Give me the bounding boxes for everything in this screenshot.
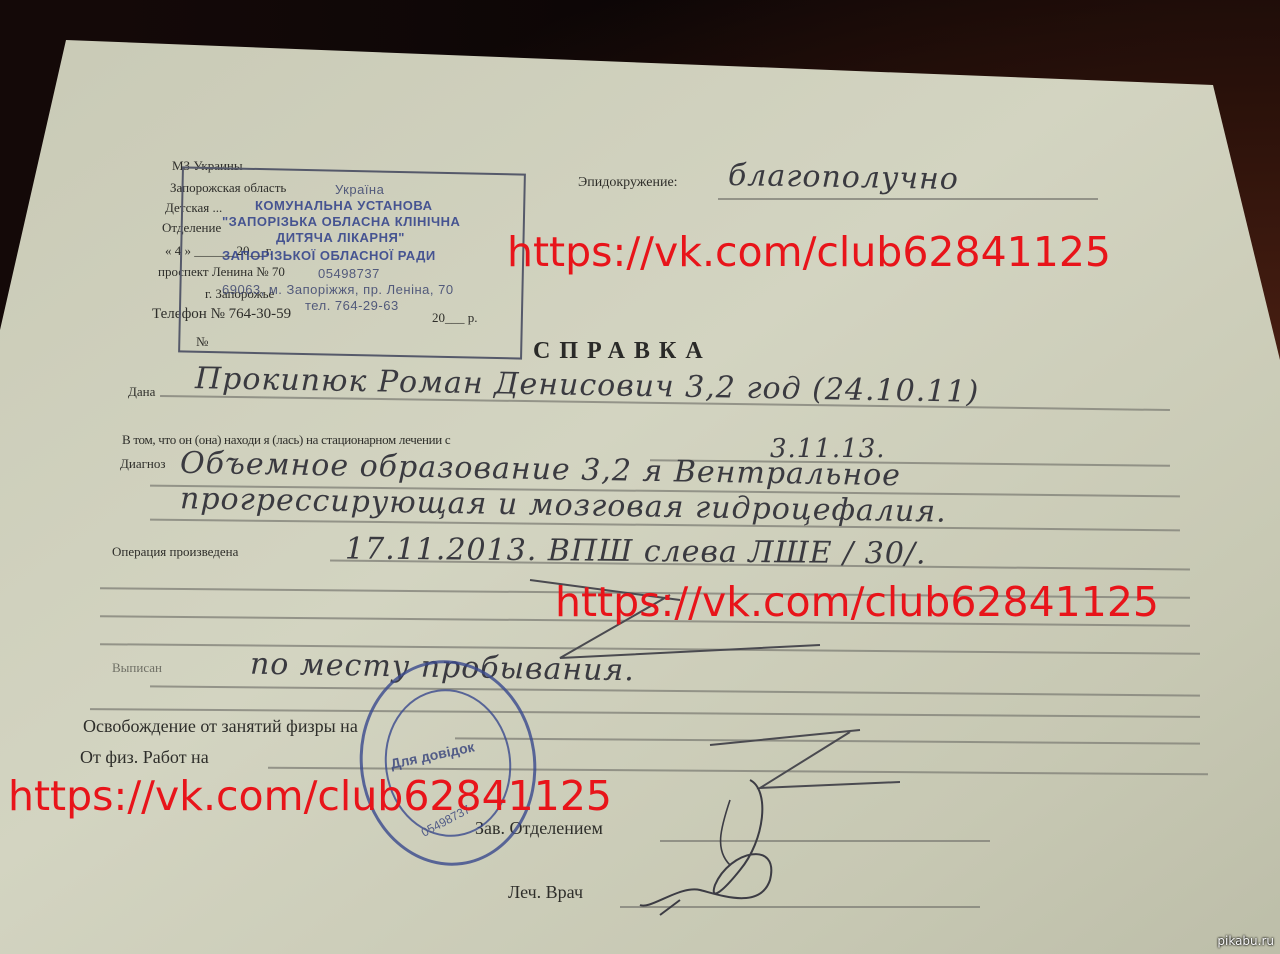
stamp-country: Україна	[335, 182, 384, 197]
pikabu-credit: pikabu.ru	[1217, 934, 1274, 948]
stamp-code: 05498737	[318, 266, 380, 281]
doctor-label: Леч. Врач	[508, 882, 583, 903]
given-label: Дана	[128, 384, 155, 400]
stamp-address: 69063, м. Запоріжжя, пр. Леніна, 70	[222, 282, 454, 297]
document-title: СПРАВКА	[533, 338, 712, 365]
stamp-line-council: ЗАПОРІЗЬКОЇ ОБЛАСНОЇ РАДИ	[222, 248, 436, 263]
stamp-phone: тел. 764-29-63	[305, 298, 399, 313]
exempt-label: Освобождение от занятий физры на	[83, 716, 358, 737]
stamp-line-hospital: ДИТЯЧА ЛІКАРНЯ"	[276, 230, 405, 245]
stamp-line-institution: КОМУНАЛЬНА УСТАНОВА	[255, 198, 433, 213]
epid-value: благополучно	[728, 158, 959, 197]
stay-label: В том, что он (она) находи я (лась) на с…	[122, 432, 450, 448]
diagnosis-label: Диагноз	[120, 456, 166, 472]
epid-underline	[718, 198, 1098, 200]
phys-label: От физ. Работ на	[80, 747, 209, 768]
watermark-link-bottom[interactable]: https://vk.com/club62841125	[8, 772, 612, 820]
operation-value: 17.11.2013. ВПШ слева ЛШЕ / 30/.	[345, 531, 927, 571]
epid-label: Эпидокружение:	[578, 175, 678, 191]
doctor-signature	[620, 770, 820, 920]
watermark-link-top[interactable]: https://vk.com/club62841125	[507, 228, 1111, 276]
watermark-link-middle[interactable]: https://vk.com/club62841125	[555, 578, 1159, 626]
stamp-line-name: "ЗАПОРІЗЬКА ОБЛАСНА КЛІНІЧНА	[222, 214, 460, 229]
operation-label: Операция произведена	[112, 544, 238, 560]
discharge-label: Выписан	[112, 660, 162, 676]
